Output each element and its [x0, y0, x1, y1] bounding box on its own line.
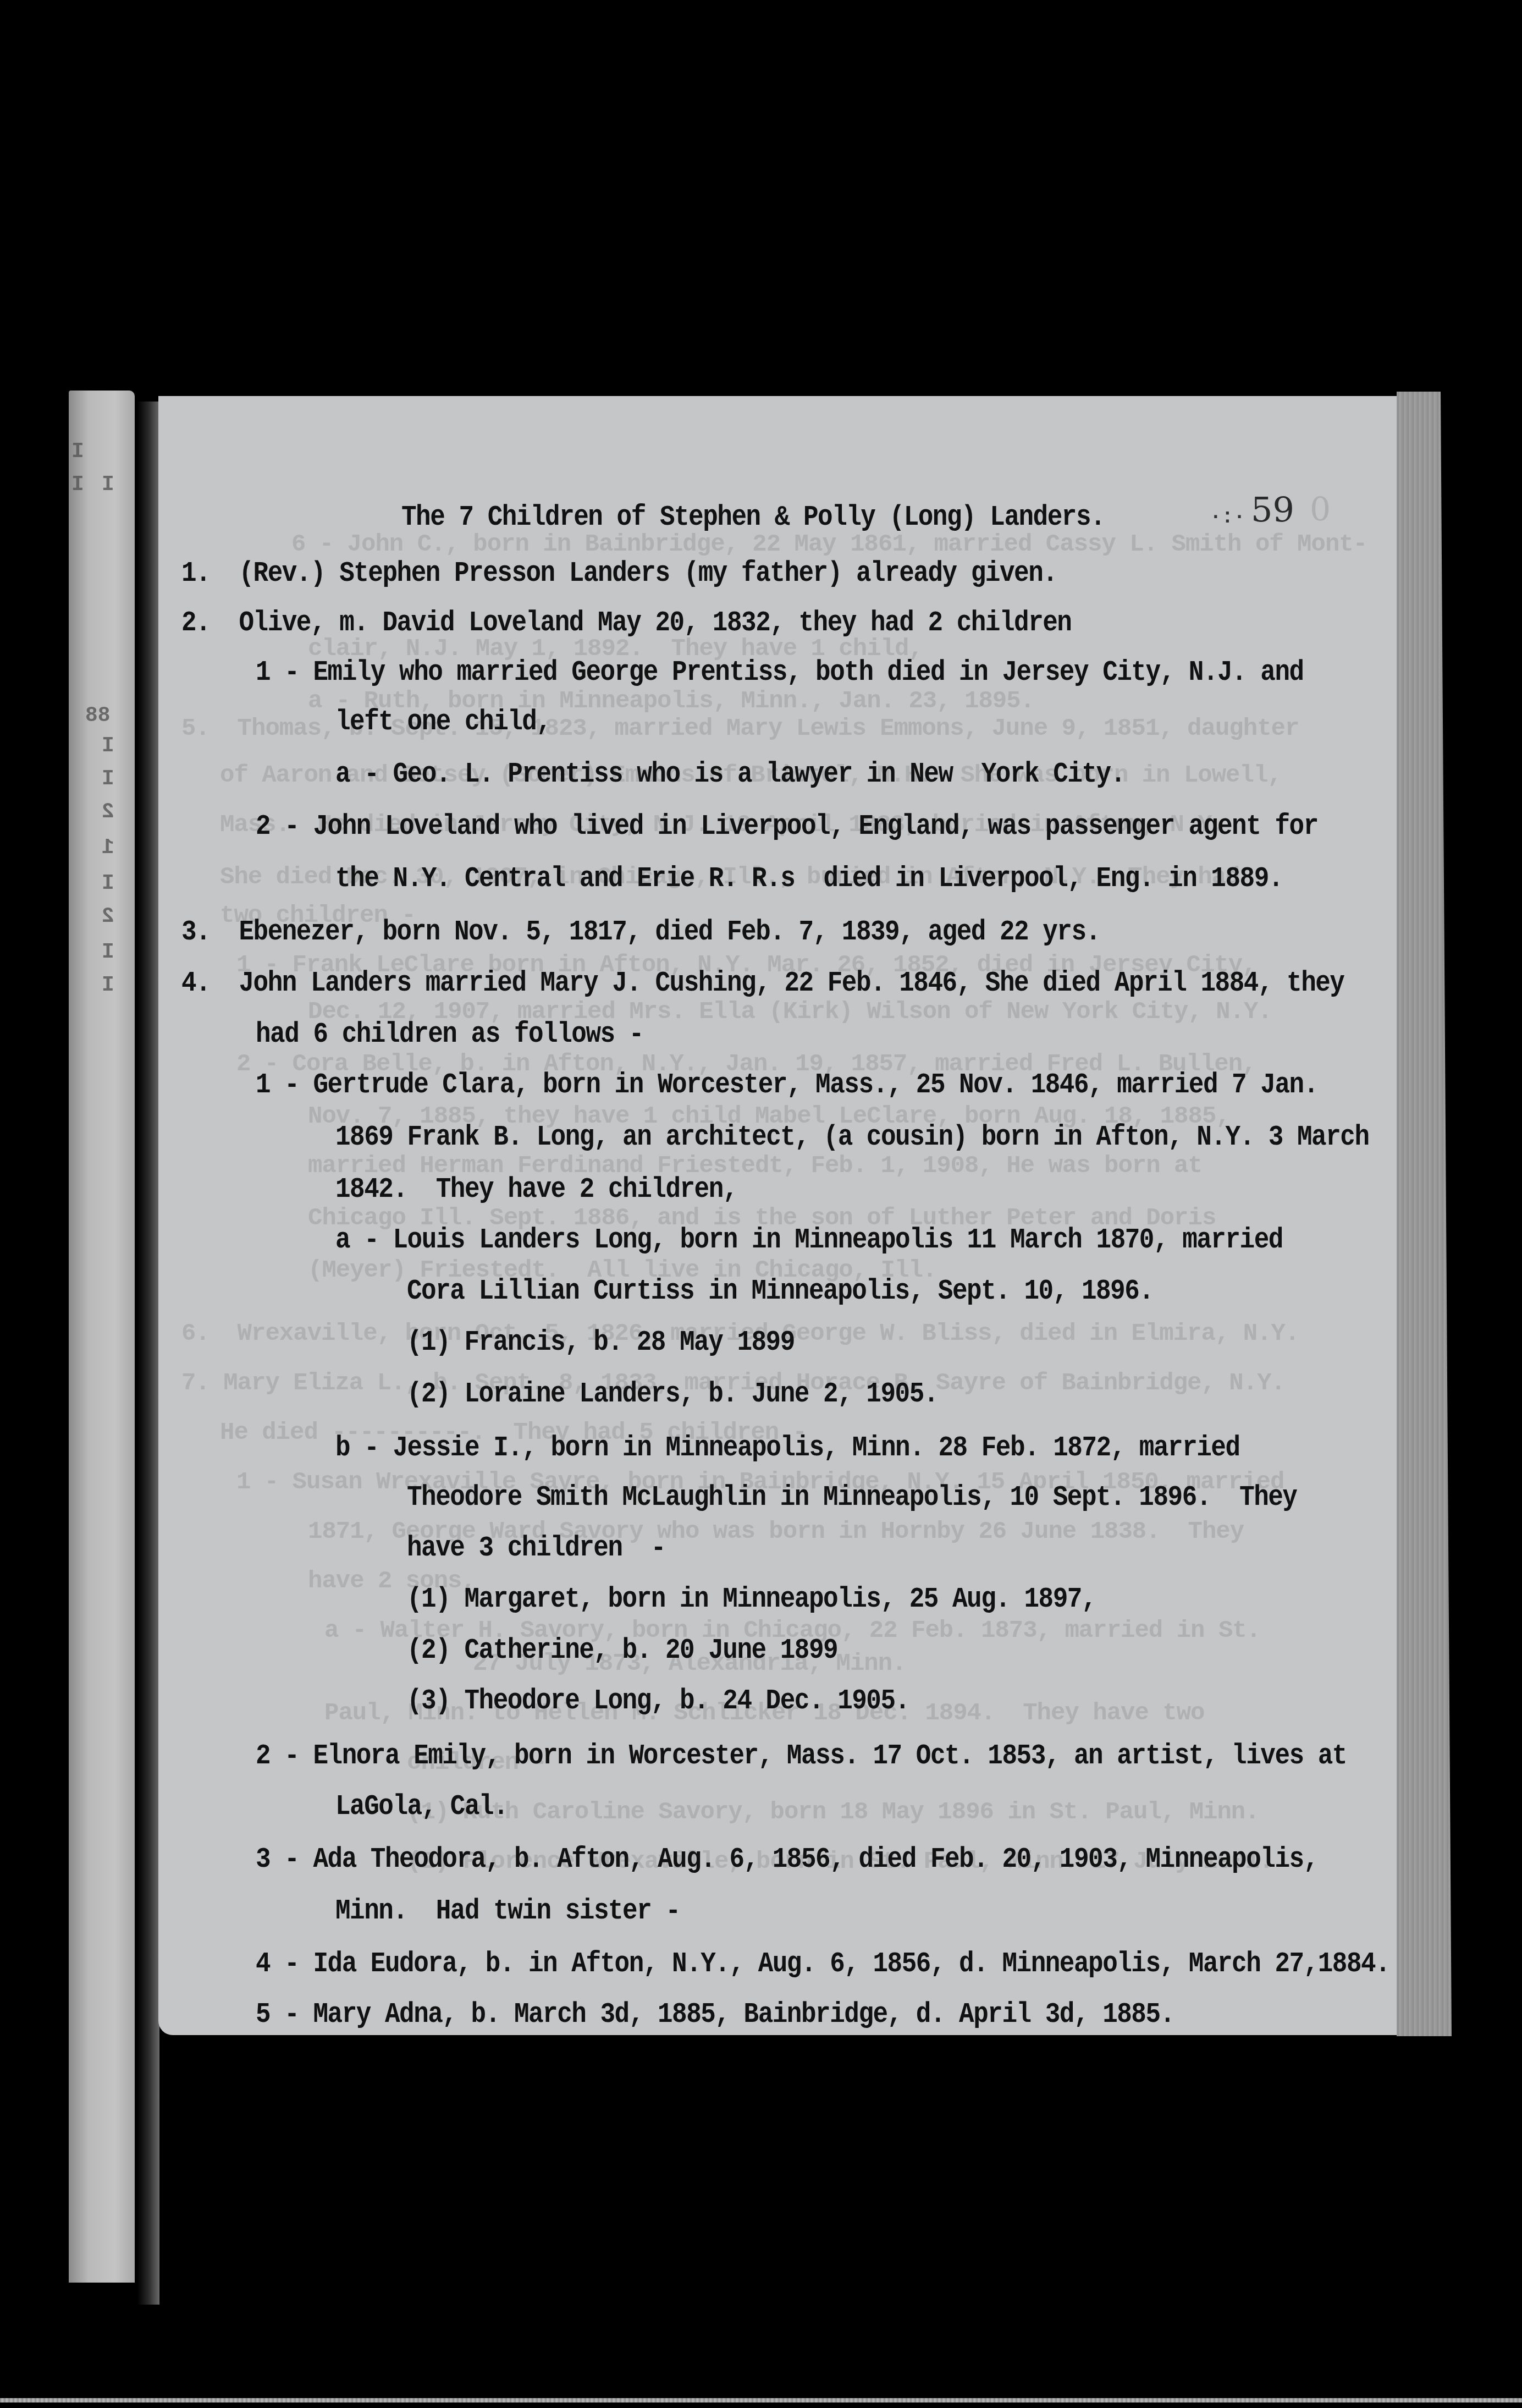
document-line: 2 - Elnora Emily, born in Worcester, Mas… — [256, 1740, 1347, 1772]
adjacent-page-mark: I — [102, 767, 114, 791]
document-line: (1) Margaret, born in Minneapolis, 25 Au… — [407, 1584, 1096, 1615]
document-line: (3) Theodore Long, b. 24 Dec. 1905. — [407, 1685, 909, 1717]
page-number: 59 — [1251, 490, 1294, 530]
document-line: a - Louis Landers Long, born in Minneapo… — [335, 1224, 1283, 1256]
adjacent-page-mark: I — [102, 974, 114, 997]
adjacent-page-mark: 2 — [102, 905, 114, 928]
book-gutter-shadow — [137, 402, 159, 2305]
adjacent-page-mark: I — [71, 440, 84, 464]
adjacent-page-mark: I — [102, 872, 114, 895]
document-line: a - Geo. L. Prentiss who is a lawyer in … — [335, 758, 1125, 790]
document-line: Cora Lillian Curtiss in Minneapolis, Sep… — [407, 1276, 1153, 1307]
adjacent-page-mark: I — [71, 473, 84, 497]
document-line: 1842. They have 2 children, — [335, 1174, 737, 1206]
bleed-through-line: (1) Ruth Caroline Savory, born 18 May 18… — [407, 1799, 1259, 1826]
document-line: 4. John Landers married Mary J. Cushing,… — [181, 967, 1344, 999]
document-line: 1 - Emily who married George Prentiss, b… — [256, 657, 1304, 689]
adjacent-page-mark: 88 — [85, 704, 111, 728]
document-line: 1869 Frank B. Long, an architect, (a cou… — [335, 1121, 1369, 1153]
adjacent-page-marks: III88II21I2II — [69, 391, 135, 2283]
page-title: The 7 Children of Stephen & Polly (Long)… — [401, 502, 1105, 534]
document-line: 1. (Rev.) Stephen Presson Landers (my fa… — [181, 558, 1057, 590]
document-line: had 6 children as follows - — [256, 1019, 643, 1051]
adjacent-page-mark: 2 — [102, 800, 114, 824]
document-line: (1) Francis, b. 28 May 1899 — [407, 1327, 795, 1359]
page-stack-edge — [1397, 392, 1452, 2036]
document-line: have 3 children - — [407, 1532, 665, 1564]
document-line: left one child, — [335, 706, 551, 738]
adjacent-page-mark: I — [102, 941, 114, 964]
document-line: 1 - Gertrude Clara, born in Worcester, M… — [256, 1069, 1318, 1101]
document-line: LaGola, Cal. — [335, 1791, 508, 1823]
adjacent-page-mark: 1 — [102, 836, 114, 860]
document-line: (2) Loraine Landers, b. June 2, 1905. — [407, 1378, 938, 1410]
page-number-marks: ·:· — [1210, 506, 1245, 529]
document-line: the N.Y. Central and Erie R. R.s died in… — [335, 863, 1283, 895]
document-line: 3. Ebenezer, born Nov. 5, 1817, died Feb… — [181, 916, 1100, 948]
film-edge-strip — [0, 2398, 1522, 2402]
document-line: (2) Catherine, b. 20 June 1899 — [407, 1635, 837, 1667]
adjacent-page-mark: I — [102, 473, 114, 497]
document-line: Minn. Had twin sister - — [335, 1895, 680, 1927]
adjacent-page-mark: I — [102, 734, 114, 758]
document-line: 5 - Mary Adna, b. March 3d, 1885, Bainbr… — [256, 1999, 1174, 2031]
adjacent-page-edge: III88II21I2II — [69, 391, 135, 2283]
document-line: Theodore Smith McLaughlin in Minneapolis… — [407, 1482, 1297, 1514]
document-line: 2. Olive, m. David Loveland May 20, 1832… — [181, 607, 1071, 639]
document-line: 4 - Ida Eudora, b. in Afton, N.Y., Aug. … — [256, 1948, 1389, 1980]
document-line: 3 - Ada Theodora, b. Afton, Aug. 6, 1856… — [256, 1844, 1318, 1876]
document-line: 2 - John Loveland who lived in Liverpool… — [256, 811, 1318, 843]
bleed-through-line: 6 - John C., born in Bainbridge, 22 May … — [291, 531, 1367, 558]
document-line: b - Jessie I., born in Minneapolis, Minn… — [335, 1432, 1240, 1464]
page-number-ghost: 0 — [1310, 491, 1331, 529]
